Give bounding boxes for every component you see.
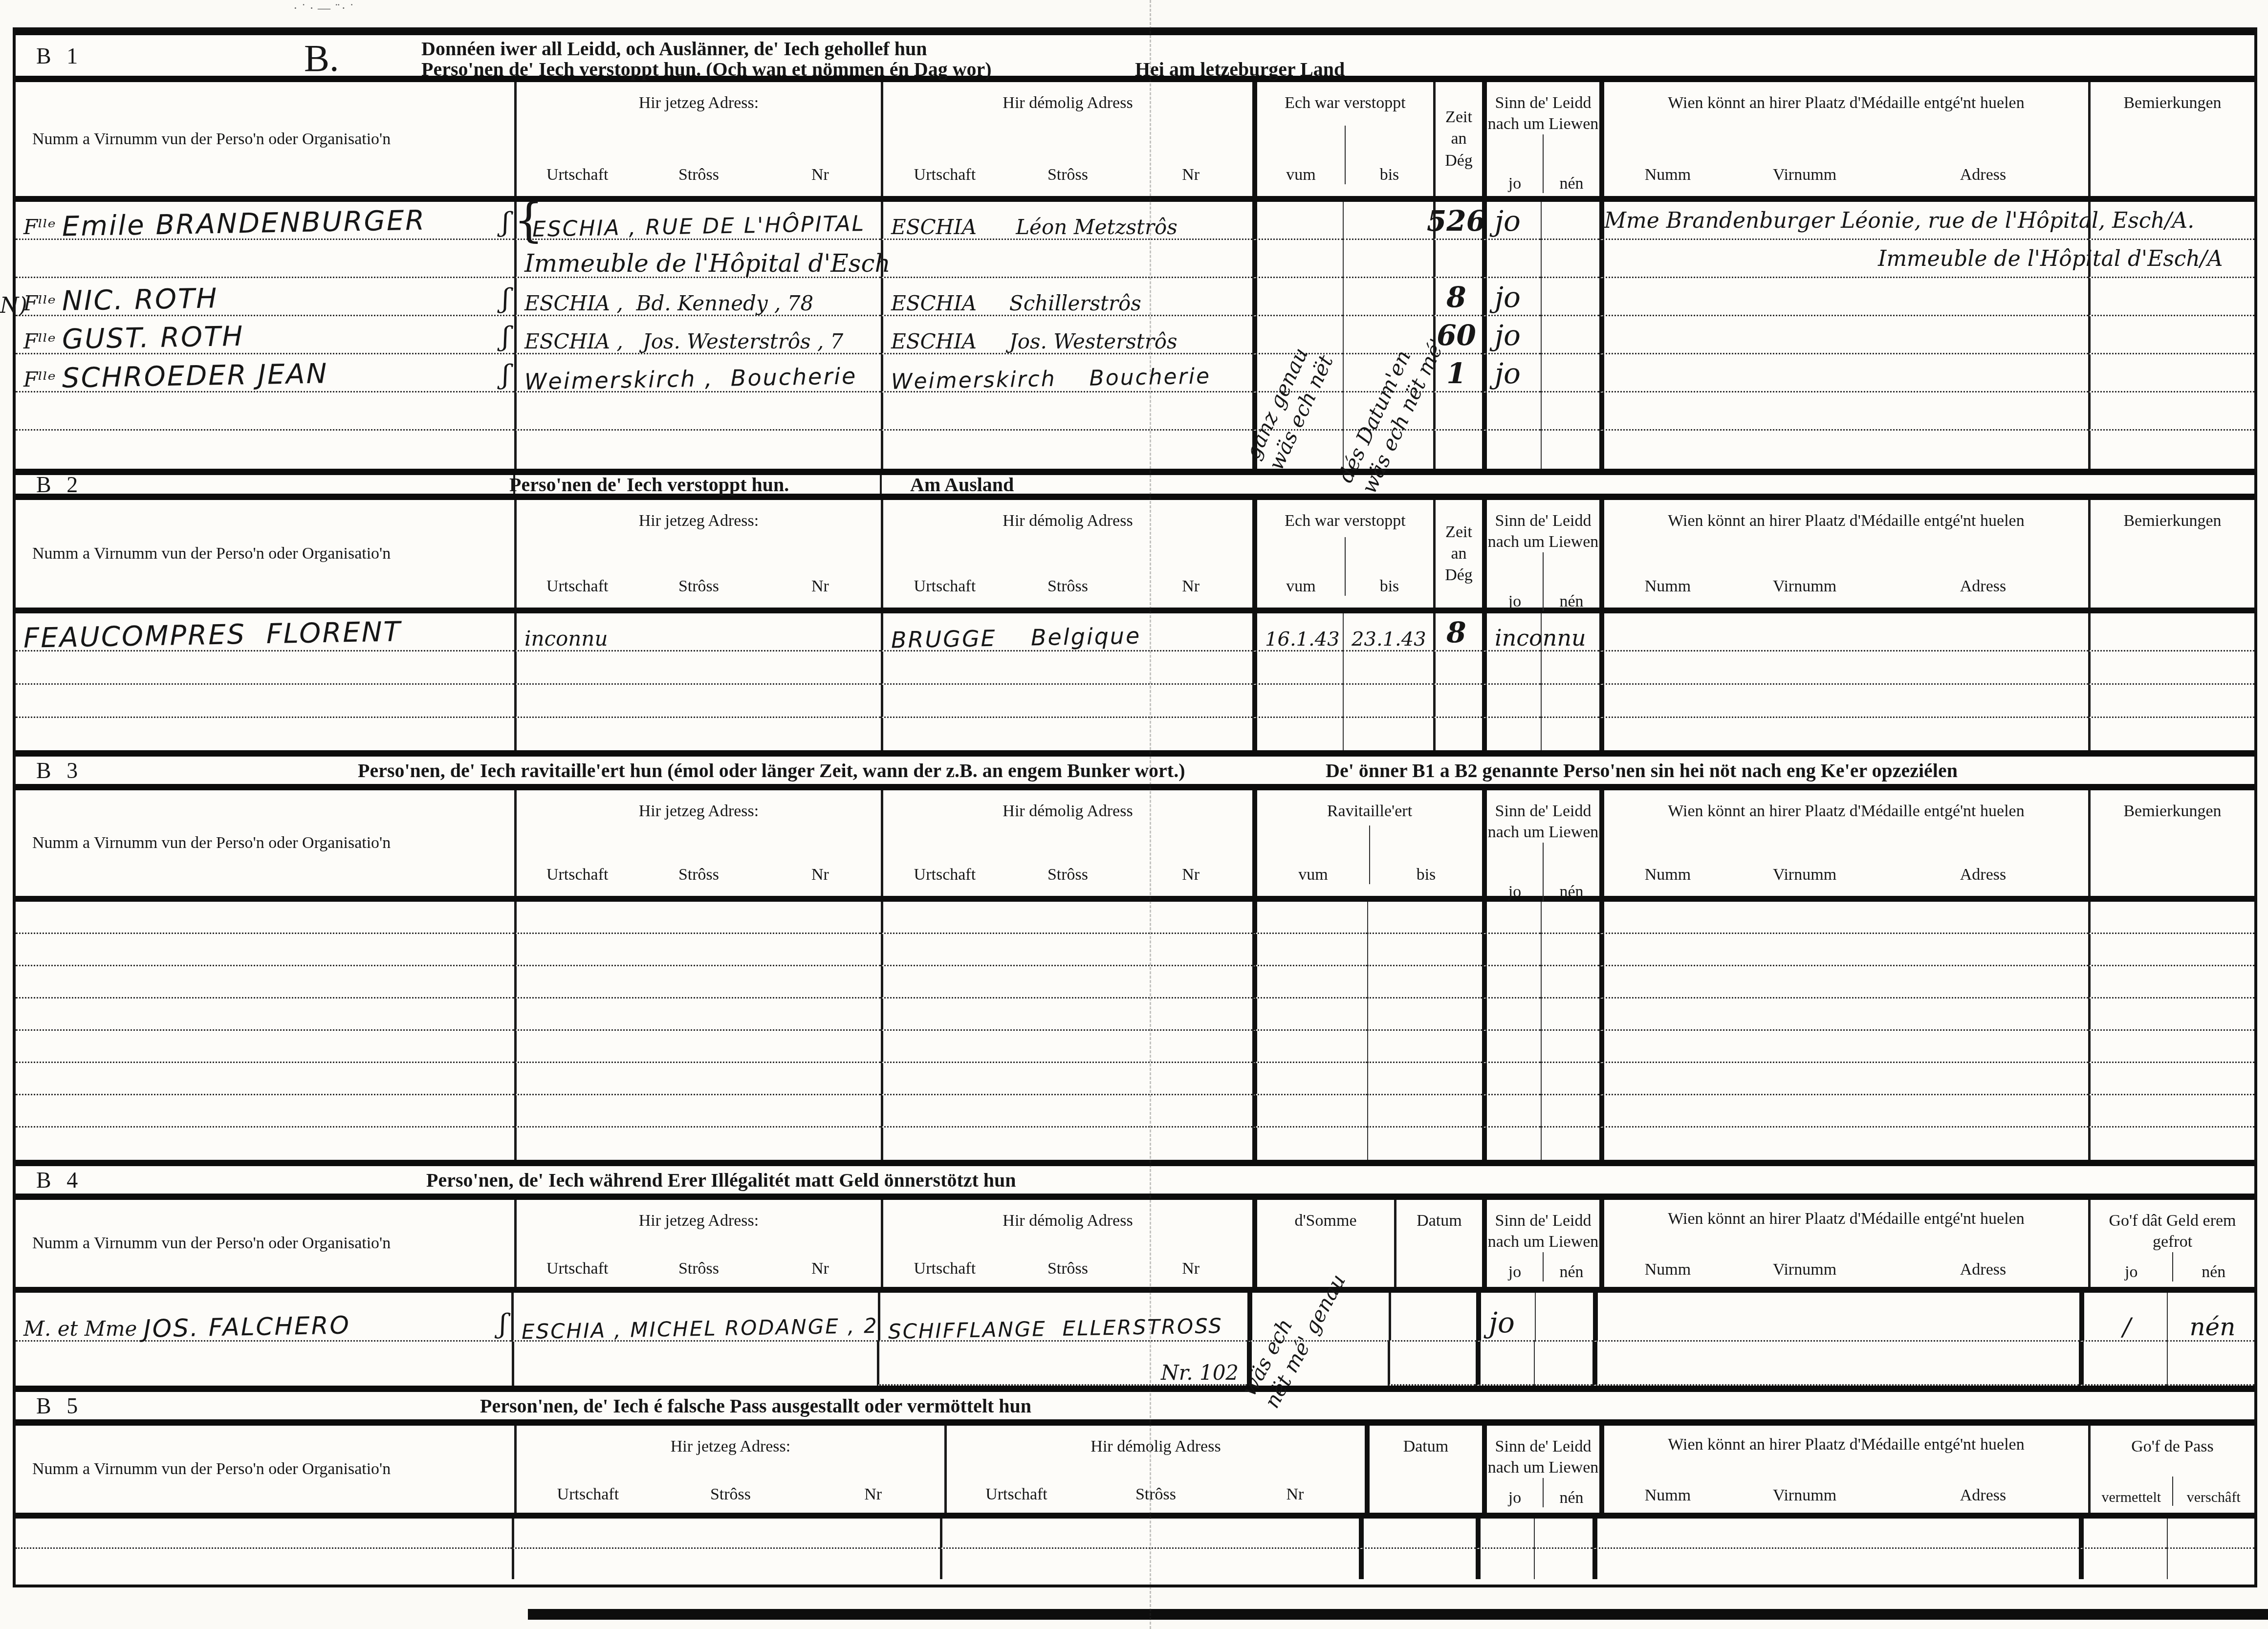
b1-col-sinn: Sinn de' Leidd nach um Liewen jonén — [1482, 82, 1599, 196]
table-row — [16, 1128, 2254, 1160]
b4-handwritten-note-somme: wäs echnët mé' genau — [1282, 1361, 1430, 1412]
b5-col-datum: Datum — [1365, 1426, 1482, 1513]
b3-column-headers: Numm a Virnumm vun der Perso'n oder Orga… — [16, 790, 2254, 902]
b1-medaille-entry: Mme Brandenburger Léonie, rue de l'Hôpit… — [1604, 202, 2223, 278]
b4-col-geld: Go'f dât Geld erem gefrot jonén — [2088, 1200, 2254, 1287]
section-b4-titleband: B 4 Perso'nen, de' Iech während Erer Ill… — [16, 1160, 2254, 1200]
person-name: Emile BRANDENBURGER — [62, 207, 426, 241]
b1-column-headers: Numm a Virnumm vun der Perso'n oder Orga… — [16, 82, 2254, 202]
b1-col-verstoppt: Ech war verstoppt vumbis — [1252, 82, 1433, 196]
section-b3-id: B 3 — [36, 758, 83, 783]
vum-value: 16.1.43 — [1265, 630, 1340, 649]
table-row: Fˡˡᵉ NIC. ROTHʃ ESCHIA , Bd. Kennedy , 7… — [16, 278, 2254, 316]
b1-rows: ganz genauwäs ech nët dés Datum'enwäs ec… — [16, 202, 2254, 469]
b1-col-jetzeg: Hir jetzeg Adress: UrtschaftStrôssNr — [514, 82, 881, 196]
table-row — [16, 966, 2254, 999]
margin-mark: N) — [0, 293, 27, 318]
b4-body: wäs echnët mé' genau Numm a Virnumm vun … — [16, 1200, 2254, 1386]
b5-column-headers: Numm a Virnumm vun der Perso'n oder Orga… — [16, 1426, 2254, 1519]
geld-jo-cell: ∕ — [2079, 1293, 2167, 1342]
b1-title-right: Hei am letzeburger Land — [1135, 58, 1345, 81]
family-prefix: Fˡˡᵉ — [23, 217, 62, 238]
section-b1-id: B 1 — [36, 43, 83, 68]
jetzeg-adress: ESCHIA , RUE DE L'HÔPITAL — [532, 213, 866, 240]
sub-stross: Strôss — [638, 166, 759, 184]
bis-value: 23.1.43 — [1352, 630, 1426, 649]
table-row — [16, 902, 2254, 934]
geld-nen-cell: nén — [2167, 1293, 2254, 1342]
table-row: M. et Mme JOS. FALCHEROʃ ESCHIA , MICHEL… — [16, 1293, 2254, 1342]
b1-handwritten-note-bis: dés Datum'enwäs ech nët mé' — [1379, 446, 1547, 498]
b1-col-zeit: Zeit an Dég — [1433, 82, 1482, 196]
b1-col-bemierkungen: Bemierkungen — [2088, 82, 2254, 196]
b2-title: Perso'nen de' Iech verstoppt hun. — [509, 473, 789, 496]
b5-title: Person'nen, de' Iech é falsche Pass ausg… — [480, 1394, 1031, 1417]
fold-line — [1150, 0, 1151, 1629]
section-b2-titleband: B 2 Perso'nen de' Iech verstoppt hun. Am… — [16, 469, 2254, 500]
person-name: NIC. ROTH — [62, 285, 218, 315]
sinn-value: inconnu — [1495, 627, 1586, 649]
table-row: Nr. 102 — [16, 1342, 2254, 1386]
b3-title-part1: Perso'nen, de' Iech ravitaille'ert hun (… — [358, 759, 1185, 782]
b4-col-datum: Datum — [1394, 1200, 1482, 1287]
sub-urtschaft: Urtschaft — [517, 166, 638, 184]
table-row: Fˡˡᵉ GUST. ROTHʃ ESCHIA , Jos. Westerstr… — [16, 316, 2254, 354]
b1-col-medaille: Wien könnt an hirer Plaatz d'Médaille en… — [1599, 82, 2088, 196]
demolig-adress: ESCHIA Léon Metzstrôs — [891, 217, 1178, 238]
b1-title-line1: Donnéen iwer all Leidd, och Auslänner, d… — [421, 37, 927, 60]
table-row: Fˡˡᵉ SCHROEDER JEANʃ Weimerskirch , Bouc… — [16, 354, 2254, 392]
person-name: GUST. ROTH — [62, 323, 244, 353]
b2-rows: FEAUCOMPRES FLORENT inconnu BRUGGE Belgi… — [16, 613, 2254, 750]
table-row — [16, 1095, 2254, 1128]
form-frame: B 1 B. Donnéen iwer all Leidd, och Auslä… — [13, 27, 2257, 1587]
sub-nr: Nr — [760, 166, 881, 184]
b2-column-headers: Numm a Virnumm vun der Perso'n oder Orga… — [16, 500, 2254, 613]
section-b1-titleband: B 1 B. Donnéen iwer all Leidd, och Auslä… — [16, 30, 2254, 82]
family-prefix: M. et Mme — [23, 1319, 144, 1339]
table-row: FEAUCOMPRES FLORENT inconnu BRUGGE Belgi… — [16, 613, 2254, 652]
jetzeg-adress: Immeuble de l'Hôpital d'Esch — [524, 251, 891, 276]
b2-subtitle: Am Ausland — [910, 473, 1014, 496]
scan-noise: ·˙·― ̈·˙ — [293, 1, 450, 16]
b1-col-demolig: Hir démolig Adress UrtschaftStrôssNr — [881, 82, 1252, 196]
section-b2-id: B 2 — [36, 472, 83, 498]
table-row — [16, 392, 2254, 431]
table-row — [16, 685, 2254, 718]
b3-col-ravitailleert: Ravitaille'ert vumbis — [1252, 790, 1482, 896]
b5-col-pass: Go'f de Pass vermetteltverschâft — [2088, 1426, 2254, 1513]
table-row — [16, 1549, 2254, 1579]
b3-title-part2: De' önner B1 a B2 genannte Perso'nen sin… — [1326, 759, 1958, 782]
section-b3-titleband: B 3 Perso'nen, de' Iech ravitaille'ert h… — [16, 750, 2254, 790]
b3-rows — [16, 902, 2254, 1160]
b4-column-headers: Numm a Virnumm vun der Perso'n oder Orga… — [16, 1200, 2254, 1293]
b1-col-name: Numm a Virnumm vun der Perso'n oder Orga… — [16, 82, 514, 196]
table-row — [16, 999, 2254, 1031]
section-b5-titleband: B 5 Person'nen, de' Iech é falsche Pass … — [16, 1386, 2254, 1426]
person-name: JOS. FALCHERO — [143, 1313, 350, 1341]
b1-title-line2: Perso'nen de' Iech verstoppt hun. (Och w… — [421, 58, 992, 81]
table-row — [16, 431, 2254, 469]
table-row — [16, 718, 2254, 750]
section-b-letter: B. — [304, 36, 339, 80]
check-mark: ʃ — [502, 207, 509, 238]
table-row — [16, 1031, 2254, 1063]
table-row — [16, 1063, 2254, 1095]
table-row — [16, 652, 2254, 685]
b5-rows — [16, 1519, 2254, 1579]
zeit-value: 526 — [1427, 204, 1486, 238]
bottom-scan-bar — [528, 1609, 2268, 1620]
person-name: FEAUCOMPRES FLORENT — [23, 618, 402, 652]
b4-title: Perso'nen, de' Iech während Erer Illégal… — [426, 1169, 1016, 1192]
b4-rows: M. et Mme JOS. FALCHEROʃ ESCHIA , MICHEL… — [16, 1293, 2254, 1386]
jo-value: jo — [1495, 204, 1521, 238]
section-b4-id: B 4 — [36, 1167, 83, 1193]
table-row — [16, 934, 2254, 966]
section-b5-id: B 5 — [36, 1393, 83, 1419]
person-name: SCHROEDER JEAN — [62, 360, 328, 392]
table-row — [16, 1519, 2254, 1549]
